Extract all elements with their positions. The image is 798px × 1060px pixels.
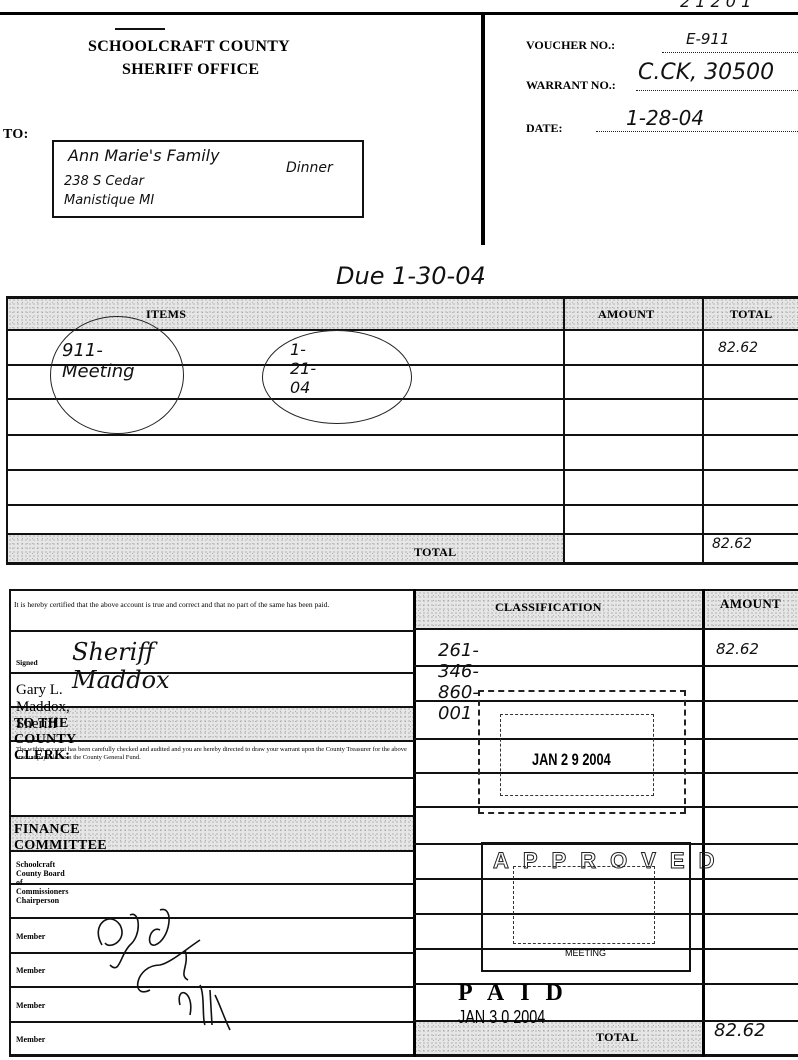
row-rule <box>6 434 798 436</box>
col-header-total: TOTAL <box>730 307 772 322</box>
payee-line1: Ann Marie's Family <box>68 146 220 165</box>
lower-amount-divider <box>702 589 705 1057</box>
col-header-amount: AMOUNT <box>598 307 654 322</box>
row-rule <box>9 777 414 779</box>
payee-line1b: Dinner <box>286 160 333 176</box>
col-divider-total <box>702 296 704 565</box>
header-divider <box>481 12 485 245</box>
classification-code[interactable]: 261-346-860-001 <box>438 640 479 724</box>
classification-total-value[interactable]: 82.62 <box>714 1020 766 1041</box>
title-dash <box>115 28 165 30</box>
top-rule <box>0 12 798 15</box>
date-value[interactable]: 1-28-04 <box>626 106 704 130</box>
row-rule <box>9 630 414 632</box>
chairperson-label: Chairperson <box>16 896 59 905</box>
lower-bottom-border <box>9 1054 798 1057</box>
classification-total-label: TOTAL <box>596 1030 638 1045</box>
received-date: JAN 2 9 2004 <box>532 750 611 770</box>
voucher-value[interactable]: E-911 <box>686 30 730 48</box>
ink-circle <box>50 316 184 434</box>
col-header-items: ITEMS <box>146 307 186 322</box>
org-name-line2: SHERIFF OFFICE <box>122 61 259 79</box>
approved-sub: MEETING <box>565 948 606 958</box>
lower-top-border <box>9 589 798 591</box>
items-top-border <box>6 296 798 299</box>
warrant-label: WARRANT NO.: <box>526 78 616 93</box>
items-bottom-border <box>6 562 798 565</box>
payee-address-box[interactable]: Ann Marie's Family Dinner 238 S Cedar Ma… <box>52 140 364 218</box>
classification-amount[interactable]: 82.62 <box>716 640 759 658</box>
row-rule <box>9 883 414 885</box>
approved-stamp: APPROVED MEETING <box>481 842 691 972</box>
warrant-field-line <box>636 90 798 91</box>
certification-text: It is hereby certified that the above ac… <box>14 600 410 609</box>
member-label: Member <box>16 932 45 941</box>
items-total-value[interactable]: 82.62 <box>712 536 752 552</box>
items-total-label: TOTAL <box>414 545 456 560</box>
row-rule <box>6 533 798 535</box>
to-label: TO: <box>3 127 29 143</box>
row-rule <box>9 706 414 708</box>
items-left-border <box>6 296 8 565</box>
org-name-line1: SCHOOLCRAFT COUNTY <box>88 38 290 56</box>
payee-line2: 238 S Cedar <box>64 174 144 189</box>
member-label: Member <box>16 1001 45 1010</box>
items-total-shade <box>8 534 564 562</box>
paid-date: JAN 3 0 2004 <box>458 1007 545 1028</box>
sheriff-signature[interactable]: Sheriff Maddox <box>72 638 170 694</box>
voucher-label: VOUCHER NO.: <box>526 38 615 53</box>
paid-label: PAID <box>458 980 579 1006</box>
member-label: Member <box>16 966 45 975</box>
corner-mark: 2 1 2 0 1 <box>680 0 751 11</box>
received-stamp: JAN 2 9 2004 <box>478 690 686 814</box>
row-rule <box>6 504 798 506</box>
row-rule <box>6 469 798 471</box>
member-signatures <box>90 905 250 1035</box>
paid-stamp: PAID JAN 3 0 2004 <box>458 980 579 1028</box>
approved-stamp-inner <box>513 866 655 944</box>
date-field-line <box>596 131 798 132</box>
warrant-value[interactable]: C.CK, 30500 <box>638 60 774 85</box>
row-rule <box>414 628 798 630</box>
due-note: Due 1-30-04 <box>336 262 486 290</box>
col-divider-amount <box>563 296 565 565</box>
item-total[interactable]: 82.62 <box>718 340 758 356</box>
date-label: DATE: <box>526 121 562 136</box>
col-header-amount: AMOUNT <box>720 596 781 612</box>
approved-text: APPROVED <box>493 848 728 874</box>
col-header-classification: CLASSIFICATION <box>495 600 602 615</box>
voucher-field-line <box>662 52 798 53</box>
signed-label: Signed <box>16 658 38 667</box>
clerk-text: The within account has been carefully ch… <box>16 746 410 762</box>
board-label: Schoolcraft County Board of Commissioner… <box>16 860 68 896</box>
ink-circle <box>262 330 412 424</box>
row-rule <box>9 815 414 817</box>
payee-line3: Manistique MI <box>64 193 154 208</box>
member-label: Member <box>16 1035 45 1044</box>
row-rule <box>9 672 414 674</box>
finance-header: FINANCE COMMITTEE <box>14 822 107 854</box>
